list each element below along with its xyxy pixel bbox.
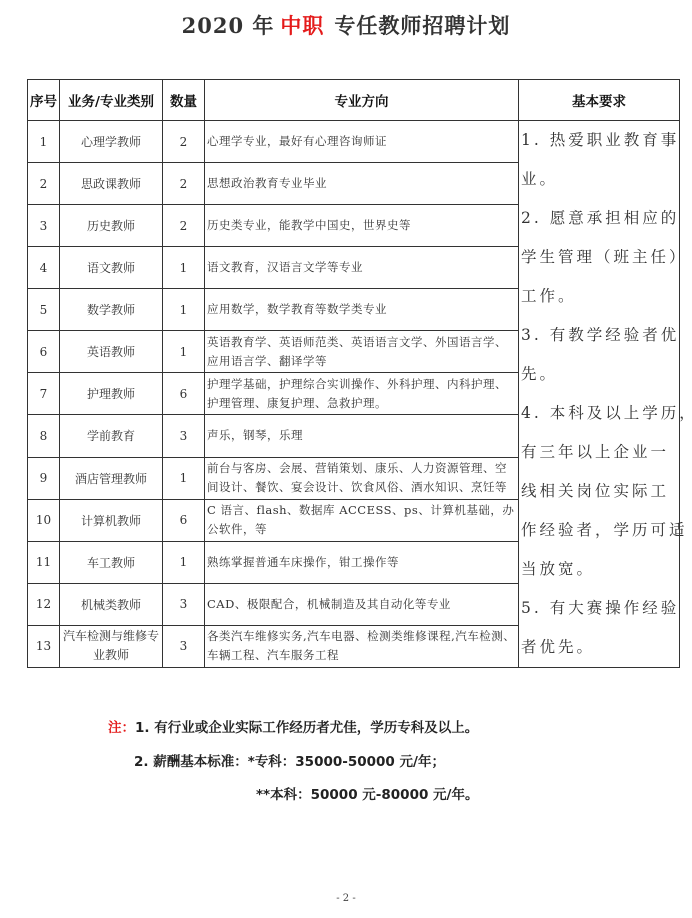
requirement-line: 业。 (521, 160, 679, 199)
cell-count: 2 (163, 163, 205, 205)
cell-category: 思政课教师 (60, 163, 163, 205)
cell-no: 10 (28, 499, 60, 541)
cell-no: 11 (28, 541, 60, 583)
note-label: 注： (108, 720, 135, 736)
cell-category: 机械类教师 (60, 583, 163, 625)
cell-no: 2 (28, 163, 60, 205)
cell-direction: C 语言、flash、数据库 ACCESS、ps、计算机基础，办公软件，等 (205, 499, 519, 541)
requirement-line: 5. 有大赛操作经验 (521, 589, 679, 628)
cell-category: 车工教师 (60, 541, 163, 583)
cell-no: 5 (28, 289, 60, 331)
cell-direction: 英语教育学、英语师范类、英语语言文学、外国语言学、应用语言学、翻译学等 (205, 331, 519, 373)
requirement-line: 有三年以上企业一 (521, 433, 679, 472)
requirement-line: 工作。 (521, 277, 679, 316)
cell-category: 英语教师 (60, 331, 163, 373)
cell-count: 6 (163, 499, 205, 541)
cell-no: 3 (28, 205, 60, 247)
cell-count: 1 (163, 289, 205, 331)
header-no: 序号 (28, 80, 60, 121)
cell-category: 心理学教师 (60, 121, 163, 163)
requirement-line: 当放宽。 (521, 550, 679, 589)
cell-category: 数学教师 (60, 289, 163, 331)
requirement-line: 2. 愿意承担相应的 (521, 199, 679, 238)
cell-direction: 心理学专业，最好有心理咨询师证 (205, 121, 519, 163)
page-number: - 2 - (0, 893, 692, 904)
requirement-line: 4. 本科及以上学历， (521, 394, 679, 433)
cell-count: 3 (163, 415, 205, 457)
cell-category: 历史教师 (60, 205, 163, 247)
cell-category: 语文教师 (60, 247, 163, 289)
cell-direction: 护理学基础，护理综合实训操作、外科护理、内科护理、护理管理、康复护理、急救护理。 (205, 373, 519, 415)
cell-count: 3 (163, 625, 205, 667)
cell-no: 7 (28, 373, 60, 415)
cell-category: 护理教师 (60, 373, 163, 415)
cell-count: 2 (163, 121, 205, 163)
table-row: 1 心理学教师 2 心理学专业，最好有心理咨询师证 1. 热爱职业教育事 业。 … (28, 121, 680, 163)
cell-count: 2 (163, 205, 205, 247)
cell-direction: 各类汽车维修实务,汽车电器、检测类维修课程,汽车检测、车辆工程、汽车服务工程 (205, 625, 519, 667)
cell-count: 1 (163, 331, 205, 373)
cell-no: 8 (28, 415, 60, 457)
table-header-row: 序号 业务/专业类别 数量 专业方向 基本要求 (28, 80, 680, 121)
cell-direction: 声乐，钢琴，乐理 (205, 415, 519, 457)
cell-count: 3 (163, 583, 205, 625)
cell-direction: 应用数学，数学教育等数学类专业 (205, 289, 519, 331)
cell-no: 1 (28, 121, 60, 163)
requirement-line: 1. 热爱职业教育事 (521, 121, 679, 160)
note-line-1: 注：1. 有行业或企业实际工作经历者尤佳，学历专科及以上。 (108, 716, 478, 736)
cell-count: 1 (163, 247, 205, 289)
cell-direction: 语文教育，汉语言文学等专业 (205, 247, 519, 289)
cell-count: 1 (163, 457, 205, 499)
cell-no: 9 (28, 457, 60, 499)
header-category: 业务/专业类别 (60, 80, 163, 121)
note-line-2: 2. 薪酬基本标准：*专科：35000-50000 元/年； (134, 750, 445, 770)
cell-category: 学前教育 (60, 415, 163, 457)
requirement-line: 学生管理（班主任） (521, 238, 679, 277)
cell-direction: 前台与客房、会展、营销策划、康乐、人力资源管理、空间设计、餐饮、宴会设计、饮食风… (205, 457, 519, 499)
requirement-line: 者优先。 (521, 628, 679, 667)
recruitment-table: 序号 业务/专业类别 数量 专业方向 基本要求 1 心理学教师 2 心理学专业，… (27, 79, 680, 668)
header-direction: 专业方向 (205, 80, 519, 121)
title-rest: 专任教师招聘计划 (334, 13, 510, 38)
requirements-cell: 1. 热爱职业教育事 业。 2. 愿意承担相应的 学生管理（班主任） 工作。 3… (519, 121, 680, 668)
requirement-line: 作经验者，学历可适 (521, 511, 679, 550)
cell-direction: 熟练掌握普通车床操作，钳工操作等 (205, 541, 519, 583)
cell-category: 计算机教师 (60, 499, 163, 541)
header-requirements: 基本要求 (519, 80, 680, 121)
header-count: 数量 (163, 80, 205, 121)
page-title: 2020 年中职专任教师招聘计划 (0, 10, 692, 40)
cell-no: 13 (28, 625, 60, 667)
requirement-line: 先。 (521, 355, 679, 394)
requirement-line: 3. 有教学经验者优 (521, 316, 679, 355)
cell-category: 酒店管理教师 (60, 457, 163, 499)
cell-count: 1 (163, 541, 205, 583)
cell-no: 12 (28, 583, 60, 625)
cell-no: 6 (28, 331, 60, 373)
title-year: 2020 年 (182, 13, 275, 38)
note-line-3: **本科：50000 元-80000 元/年。 (256, 783, 479, 803)
cell-direction: CAD、极限配合，机械制造及其自动化等专业 (205, 583, 519, 625)
cell-direction: 思想政治教育专业毕业 (205, 163, 519, 205)
requirement-line: 线相关岗位实际工 (521, 472, 679, 511)
note-text-1: 1. 有行业或企业实际工作经历者尤佳，学历专科及以上。 (135, 720, 478, 736)
cell-count: 6 (163, 373, 205, 415)
title-highlight: 中职 (280, 14, 324, 38)
cell-no: 4 (28, 247, 60, 289)
cell-category: 汽车检测与维修专业教师 (60, 625, 163, 667)
cell-direction: 历史类专业，能教学中国史，世界史等 (205, 205, 519, 247)
